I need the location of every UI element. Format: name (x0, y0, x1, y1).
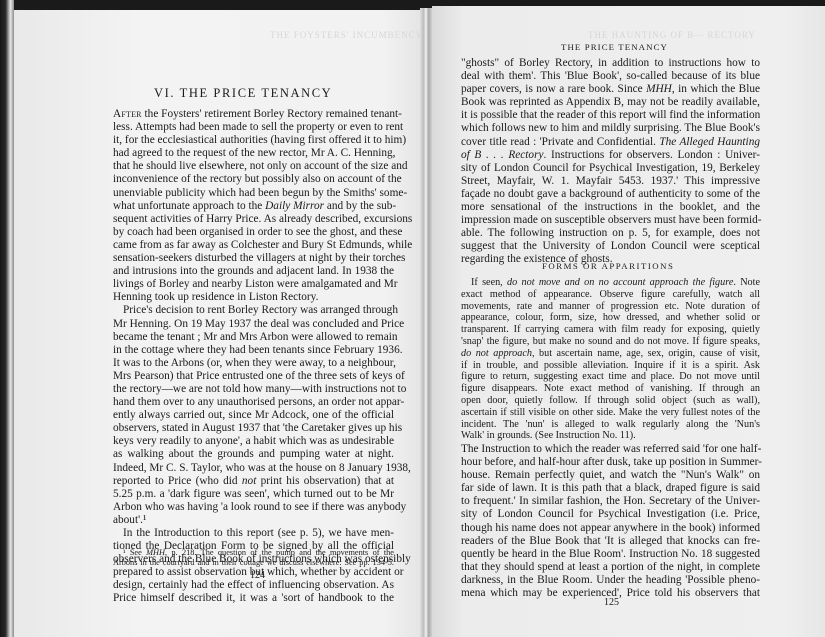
text-line: The Instruction to which the reader was … (461, 443, 760, 456)
page-number-right: 125 (604, 597, 619, 608)
section-heading: FORMS OR APPARITIONS (542, 261, 674, 271)
text-line: house. Remain perfectly quiet, and watch… (461, 469, 760, 482)
text-line: sity of London Council for Psychical Inv… (461, 162, 760, 175)
text-line: suggest that the University of London Co… (461, 240, 760, 253)
text-line: paper covers, is now a rare book. Since … (461, 83, 760, 96)
show-through-heading-left: THE FOYSTERS' INCUMBENCY (270, 30, 423, 40)
book-edge-left (0, 0, 14, 637)
text-line: of B . . . Rectory. Instructions for obs… (461, 149, 760, 162)
page-number-left: 124 (250, 570, 265, 581)
text-line: and intrusions into the grounds and adja… (113, 265, 394, 278)
quote-line: do not approach, but ascertain name, age… (461, 348, 760, 360)
show-through-heading-right: THE HAUNTING OF B— RECTORY (588, 30, 756, 40)
text-line: In the Introduction to this report (see … (113, 527, 394, 540)
quote-line: movements, rate and manner of progressio… (461, 301, 760, 313)
text-line: sity of London Council for Psychical Inv… (461, 508, 760, 521)
text-line: inconvenience of the rectory but possibl… (113, 173, 394, 186)
running-head: THE PRICE TENANCY (561, 42, 668, 52)
footnote-line: ¹ See MHH, p. 218. The question of the p… (113, 548, 394, 558)
quote-line: transparent. If carrying camera with fil… (461, 324, 760, 336)
text-line: hand them over to any unauthorised perso… (113, 396, 394, 409)
text-line: able. The following instruction on p. 5,… (461, 227, 760, 240)
text-line: had agreed to the request of the new rec… (113, 147, 394, 160)
text-line: by coach had been organised in order to … (113, 226, 394, 239)
text-line: what unfortunate approach to the Daily M… (113, 200, 394, 213)
text-line: it is possible that the reader of this r… (461, 109, 760, 122)
text-line: livings of Borley and nearby Liston were… (113, 278, 394, 291)
book-spread: THE FOYSTERS' INCUMBENCY VI. THE PRICE T… (0, 0, 825, 637)
text-line: as walking about the grounds and pumping… (113, 448, 394, 461)
text-line: It was to the Arbons (or, when they were… (113, 357, 394, 370)
quote-line: if in trouble, and possible alleviation.… (461, 360, 760, 372)
quote-line: figure to return, suggesting exact time … (461, 371, 760, 383)
text-line: Price himself described it, it was a 'so… (113, 592, 394, 605)
quote-line: figure disappears. Note exact method of … (461, 383, 760, 395)
text-line: more sensational of the instructions in … (461, 201, 760, 214)
paragraph: Price's decision to rent Borley Rectory … (113, 304, 394, 527)
text-line: less. Attempts had been made to sell the… (113, 121, 394, 134)
text-line: deal with them'. This 'Blue Book', so-ca… (461, 70, 760, 83)
text-line: the rectory—we are not told how many—wit… (113, 383, 394, 396)
text-line: Mr Henning. On 19 May 1937 the deal was … (113, 318, 394, 331)
quote-line: appearance, colour, form, size, how dres… (461, 312, 760, 324)
text-line: Mrs Pearson) that Price entrusted one of… (113, 370, 394, 383)
text-line: darkness, in the Blue Room. Under the he… (461, 574, 760, 587)
text-line: reported to Price (who did not print his… (113, 475, 394, 488)
text-line: ently always carried out, since Mr Adcoc… (113, 409, 394, 422)
text-line: which follows new to him and mildly surp… (461, 122, 760, 135)
text-line: After the Foysters' retirement Borley Re… (113, 108, 394, 121)
footnote-line: Arbons in the courtyard and in their cot… (113, 558, 394, 568)
text-line: hour before, and half-hour after dusk, t… (461, 456, 760, 469)
text-line: Book was reprinted as Appendix B, may no… (461, 96, 760, 109)
quote-line: If seen, do not move and on no account a… (461, 277, 760, 289)
text-line: became the tenant ; Mr and Mrs Arbon wer… (113, 331, 394, 344)
text-line: unenviable publicity which had been begu… (113, 187, 394, 200)
text-line: far side of lawn. It is this path that a… (461, 482, 760, 495)
text-line: in the cottage where they had been tenan… (113, 344, 394, 357)
quote-line: ascertain if still visible on other side… (461, 407, 760, 419)
text-line: design, certainly had the effect of infl… (113, 579, 394, 592)
instruction-quote: If seen, do not move and on no account a… (461, 277, 760, 442)
text-line: readers of the Blue Book that 'It is all… (461, 535, 760, 548)
paragraph: After the Foysters' retirement Borley Re… (113, 108, 394, 304)
text-line: keys very readily to anyone', a habit wh… (113, 435, 394, 448)
left-page-body: After the Foysters' retirement Borley Re… (113, 108, 394, 606)
right-page-body-2: The Instruction to which the reader was … (461, 443, 760, 600)
text-line: 5.25 p.m. a 'dark figure was seen', whic… (113, 488, 394, 501)
quote-line: Walk' in grounds. (See Instruction No. 1… (461, 430, 760, 442)
text-line: that he should live elsewhere, not only … (113, 160, 394, 173)
quote-line: exact method of appearance. Observe figu… (461, 289, 760, 301)
text-line: Price's decision to rent Borley Rectory … (113, 304, 394, 317)
text-line: about'.¹ (113, 514, 394, 527)
text-line: observers, stated in August 1937 that 't… (113, 422, 394, 435)
text-line: quently be heard in the Blue Room'. Inst… (461, 548, 760, 561)
text-line: Indeed, Mr C. S. Taylor, who was at the … (113, 462, 394, 475)
text-line: "ghosts" of Borley Rectory, in addition … (461, 57, 760, 70)
text-line: façade no doubt gave a background of aut… (461, 188, 760, 201)
text-line: sensation-seekers disturbed the villager… (113, 252, 394, 265)
text-line: came from as far away as Colchester and … (113, 239, 394, 252)
text-line: it, for the ecclesiastical authorities (… (113, 134, 394, 147)
text-line: though his name does not appear anywhere… (461, 522, 760, 535)
text-line: to frequent.' In similar fashion, the Ho… (461, 495, 760, 508)
chapter-title: VI. THE PRICE TENANCY (154, 86, 332, 101)
text-line: cover title read : 'Private and Confiden… (461, 136, 760, 149)
text-line: Arbon who was having 'a look round to se… (113, 501, 394, 514)
text-line: Street, Mayfair, W. 1. Mayfair 5453. 193… (461, 175, 760, 188)
text-line: sequent activities of Harry Price. As al… (113, 213, 394, 226)
quote-line: open door, quietly follow. If through so… (461, 395, 760, 407)
footnote: ¹ See MHH, p. 218. The question of the p… (113, 548, 394, 568)
text-line: impression made on susceptible observers… (461, 214, 760, 227)
text-line: Henning took up residence in Liston Rect… (113, 291, 394, 304)
book-gutter (420, 8, 432, 637)
right-page-body-1: "ghosts" of Borley Rectory, in addition … (461, 57, 760, 267)
quote-line: 'snap' the figure, but make no sound and… (461, 336, 760, 348)
quote-line: incident. The 'nun' is alleged to walk r… (461, 419, 760, 431)
text-line: that they should spend at least a portio… (461, 561, 760, 574)
